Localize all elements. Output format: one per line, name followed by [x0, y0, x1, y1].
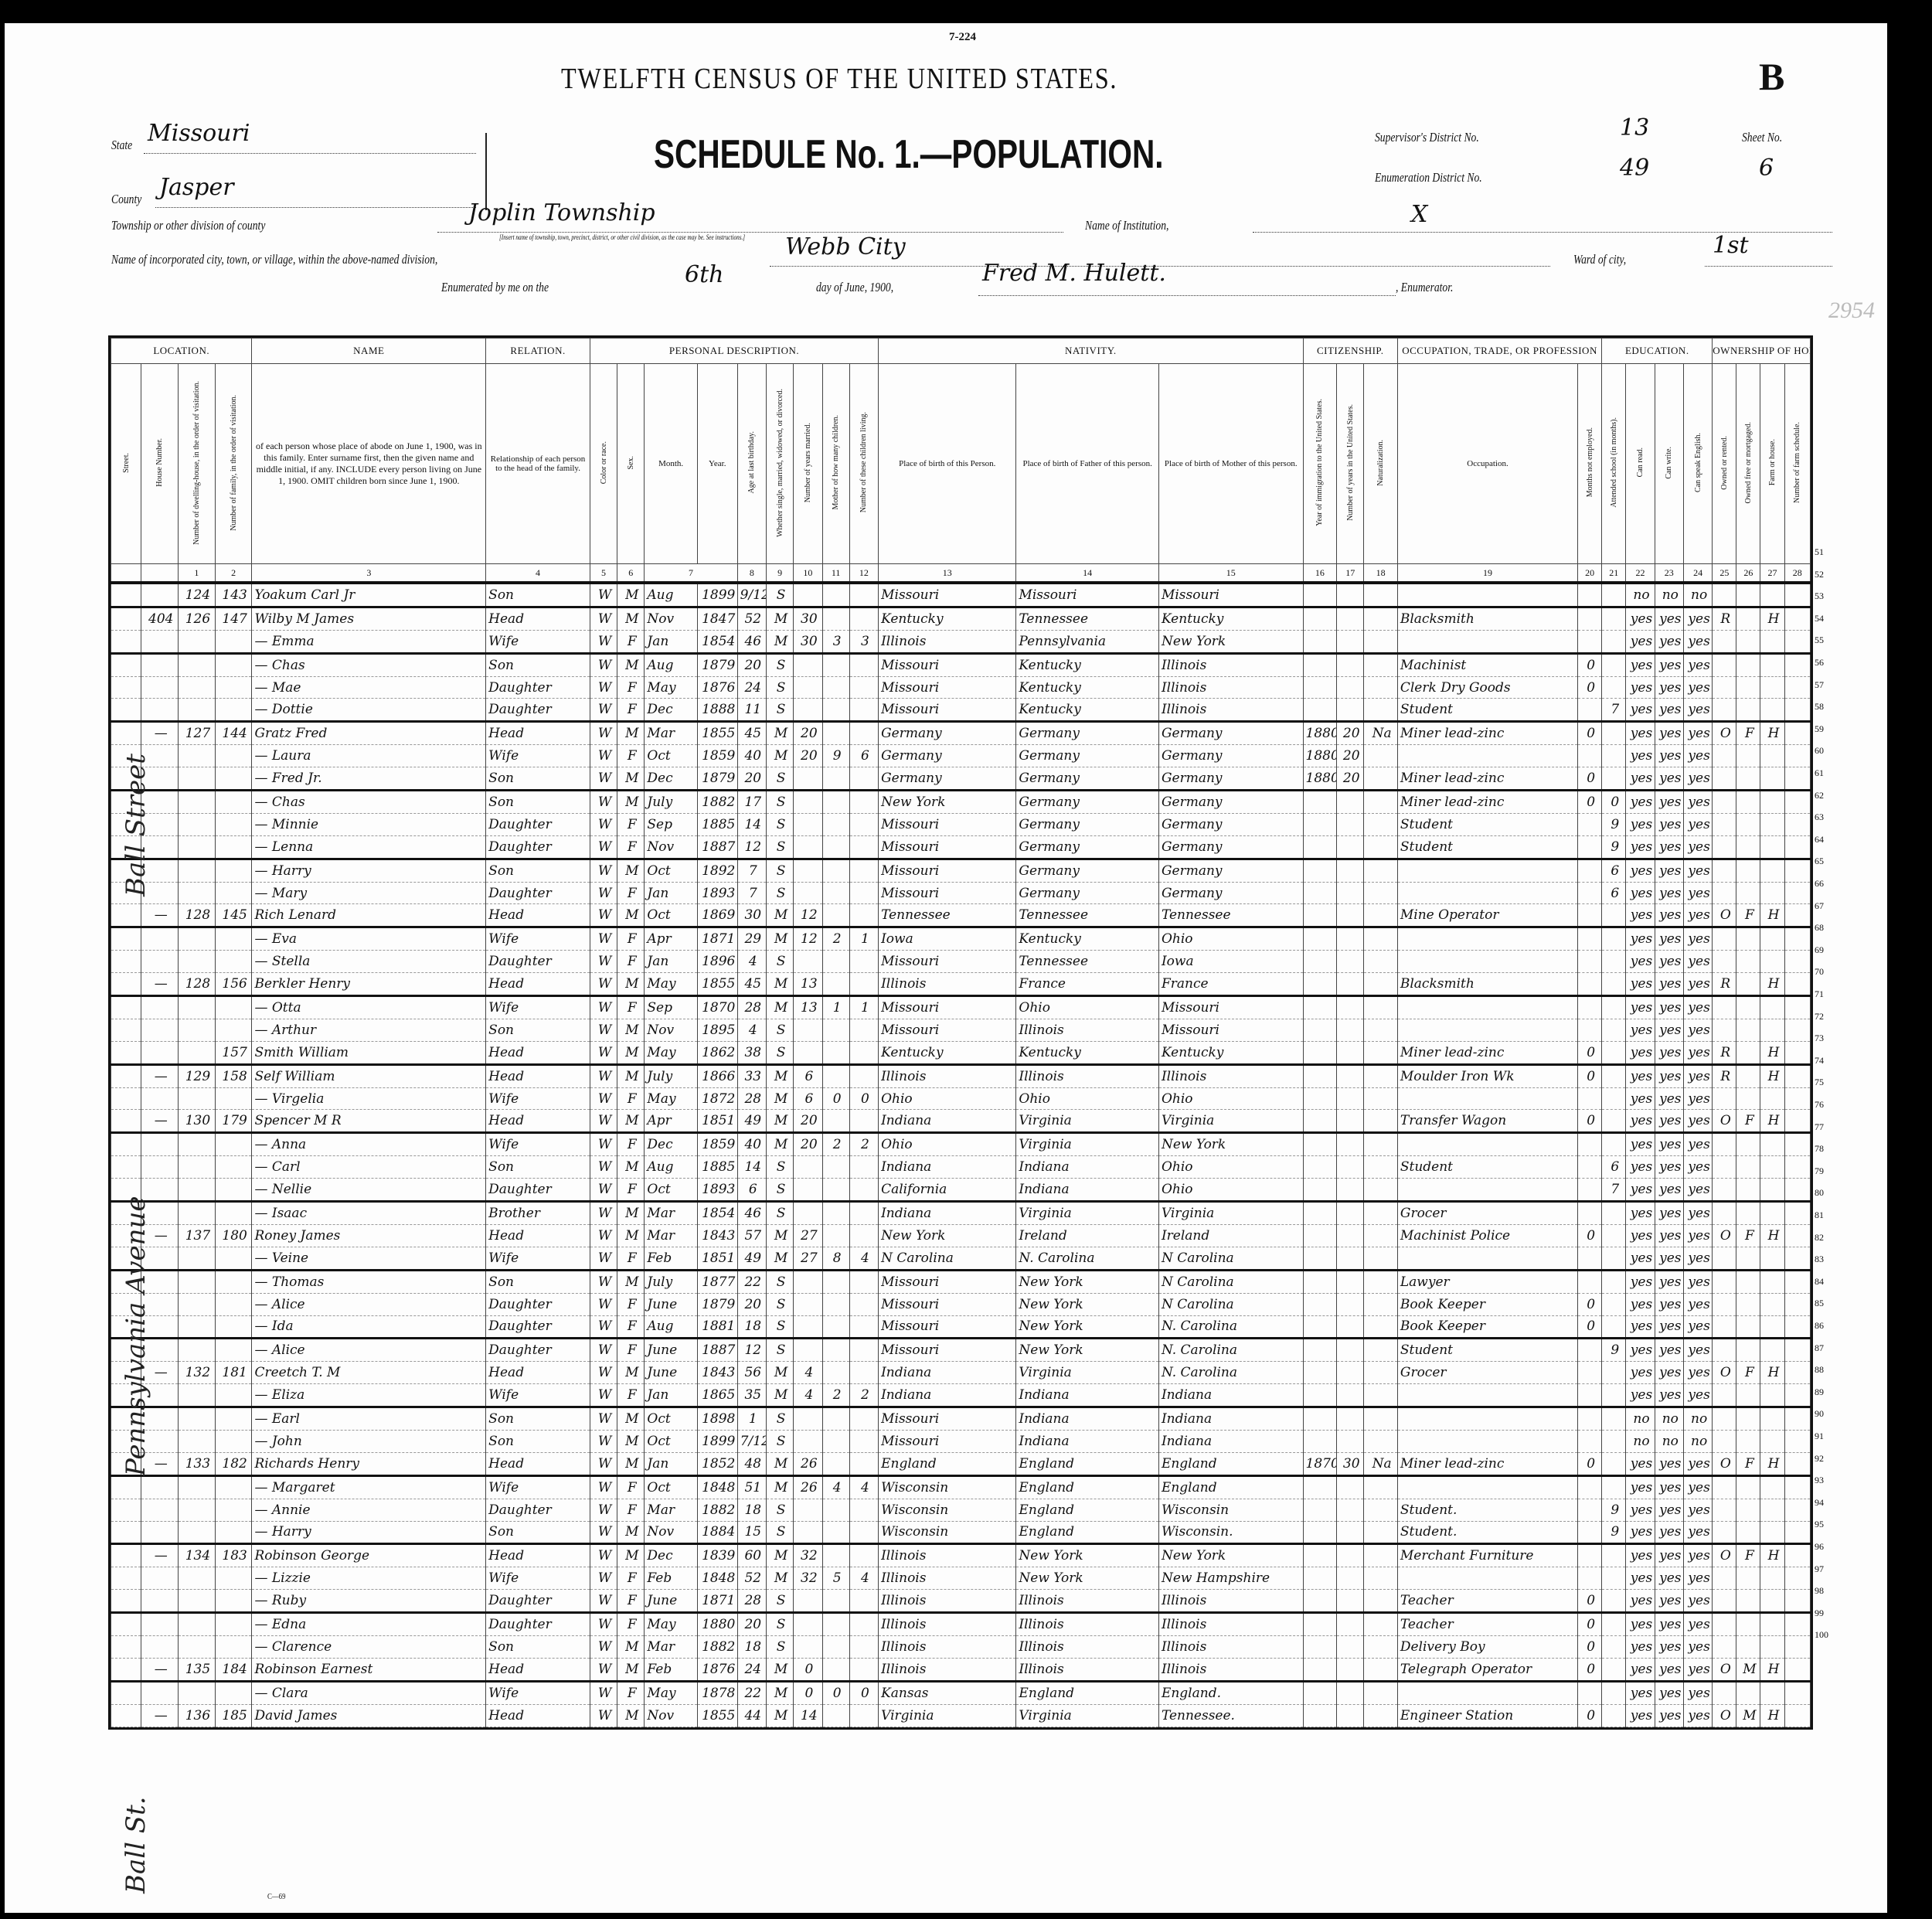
- line-number: 67: [1815, 900, 1824, 912]
- cell-months-unemp: [1578, 607, 1602, 630]
- cell-yrs-married: 30: [794, 607, 822, 630]
- cell-dwelling: [179, 1156, 216, 1179]
- cell-write: yes: [1655, 1087, 1683, 1110]
- cell-sched: [1784, 813, 1810, 835]
- cell-father-birth: Germany: [1016, 722, 1159, 745]
- cell-month: July: [645, 1270, 697, 1293]
- colnum: 9: [766, 564, 793, 584]
- cell-sex: F: [617, 1133, 645, 1156]
- cell-nat: [1364, 1499, 1398, 1521]
- table-row: — ChasSonWMAug187920SMissouriKentuckyIll…: [111, 653, 1811, 676]
- cell-color: W: [590, 1544, 617, 1567]
- line-number: 81: [1815, 1210, 1824, 1221]
- cell-mother-of: [822, 1293, 849, 1315]
- cell-marital: S: [766, 676, 793, 699]
- cell-name: Berkler Henry: [252, 973, 486, 996]
- cell-read: yes: [1626, 1544, 1655, 1567]
- cell-year: 1854: [697, 630, 737, 653]
- cell-months-unemp: [1578, 835, 1602, 859]
- cell-mother-birth: Illinois: [1158, 653, 1303, 676]
- cell-mother-birth: N Carolina: [1158, 1270, 1303, 1293]
- cell-month: Dec: [645, 1544, 697, 1567]
- cell-owned: [1713, 835, 1736, 859]
- cell-relation: Head: [486, 1224, 590, 1247]
- cell-owned: [1713, 1133, 1736, 1156]
- cell-father-birth: Illinois: [1016, 1019, 1159, 1041]
- cell-sex: F: [617, 1179, 645, 1202]
- cell-marital: S: [766, 1293, 793, 1315]
- cell-sex: M: [617, 1704, 645, 1727]
- cell-living: [849, 1658, 878, 1681]
- cell-occupation: [1397, 1133, 1577, 1156]
- cell-house: —: [141, 904, 179, 927]
- cell-color: W: [590, 1613, 617, 1636]
- cell-year: 1899: [697, 583, 737, 607]
- cell-months-unemp: [1578, 859, 1602, 882]
- cell-birth: Missouri: [879, 676, 1016, 699]
- cell-street: [111, 1087, 141, 1110]
- cell-name: — Dottie: [252, 699, 486, 722]
- cell-nat: [1364, 1590, 1398, 1613]
- cell-family: [215, 699, 252, 722]
- cell-school: [1602, 1452, 1626, 1475]
- cell-owned: [1713, 996, 1736, 1019]
- table-row: — DottieDaughterWFDec188811SMissouriKent…: [111, 699, 1811, 722]
- cell-read: yes: [1626, 1658, 1655, 1681]
- cell-relation: Son: [486, 1156, 590, 1179]
- cell-birth: Missouri: [879, 1293, 1016, 1315]
- cell-marital: S: [766, 767, 793, 791]
- cell-family: [215, 1179, 252, 1202]
- cell-living: 1: [849, 996, 878, 1019]
- cell-school: [1602, 1019, 1626, 1041]
- cell-free: [1736, 1133, 1760, 1156]
- cell-mother-of: 2: [822, 1133, 849, 1156]
- cell-dwelling: [179, 1430, 216, 1452]
- col-can-speak-english: Can speak English.: [1694, 433, 1702, 492]
- cell-relation: Daughter: [486, 882, 590, 904]
- cell-school: 9: [1602, 1339, 1626, 1362]
- cell-sched: [1784, 1681, 1810, 1704]
- cell-mother-of: [822, 699, 849, 722]
- cell-color: W: [590, 1247, 617, 1270]
- cell-read: yes: [1626, 1339, 1655, 1362]
- cell-free: [1736, 973, 1760, 996]
- cell-yrs-married: [794, 1613, 822, 1636]
- col-house-number: House Number.: [155, 438, 164, 487]
- cell-immig: [1303, 1521, 1337, 1544]
- cell-dwelling: 128: [179, 973, 216, 996]
- cell-farm: [1760, 1202, 1784, 1225]
- cell-birth: Tennessee: [879, 904, 1016, 927]
- township-value: Joplin Township: [468, 199, 655, 226]
- cell-dwelling: [179, 1202, 216, 1225]
- cell-english: yes: [1683, 882, 1712, 904]
- cell-relation: Wife: [486, 1681, 590, 1704]
- cell-father-birth: Kentucky: [1016, 699, 1159, 722]
- cell-farm: H: [1760, 1544, 1784, 1567]
- cell-relation: Head: [486, 1544, 590, 1567]
- cell-year: 1884: [697, 1521, 737, 1544]
- cell-family: [215, 1407, 252, 1431]
- cell-owned: [1713, 1407, 1736, 1431]
- line-number: 84: [1815, 1276, 1824, 1288]
- cell-age: 46: [737, 630, 766, 653]
- cell-sex: M: [617, 1635, 645, 1658]
- col-relation: Relationship of each person to the head …: [486, 364, 590, 564]
- ward-label: Ward of city,: [1573, 252, 1626, 267]
- cell-month: Oct: [645, 904, 697, 927]
- cell-father-birth: Kentucky: [1016, 1041, 1159, 1064]
- table-row: — MaryDaughterWFJan18937SMissouriGermany…: [111, 882, 1811, 904]
- cell-months-unemp: [1578, 951, 1602, 973]
- cell-house: [141, 1681, 179, 1704]
- line-number: 96: [1815, 1541, 1824, 1553]
- cell-year: 1893: [697, 1179, 737, 1202]
- cell-marital: M: [766, 1658, 793, 1681]
- cell-mother-of: [822, 1613, 849, 1636]
- cell-owned: [1713, 1567, 1736, 1590]
- table-row: 124143Yoakum Carl JrSonWMAug18999/12SMis…: [111, 583, 1811, 607]
- cell-birth: England: [879, 1452, 1016, 1475]
- cell-age: 28: [737, 1087, 766, 1110]
- cell-yrs-married: 4: [794, 1362, 822, 1384]
- cell-month: June: [645, 1339, 697, 1362]
- cell-months-unemp: 0: [1578, 1658, 1602, 1681]
- cell-dwelling: [179, 813, 216, 835]
- cell-color: W: [590, 1202, 617, 1225]
- enumerated-middle: day of June, 1900,: [816, 280, 893, 295]
- cell-occupation: [1397, 1430, 1577, 1452]
- cell-month: May: [645, 1087, 697, 1110]
- cell-month: Jan: [645, 882, 697, 904]
- cell-sched: [1784, 1133, 1810, 1156]
- group-name: NAME: [252, 339, 486, 364]
- cell-free: [1736, 813, 1760, 835]
- cell-house: [141, 676, 179, 699]
- cell-living: [849, 1315, 878, 1339]
- cell-living: [849, 1179, 878, 1202]
- cell-relation: Wife: [486, 1087, 590, 1110]
- cell-yrs-married: [794, 1041, 822, 1064]
- cell-read: yes: [1626, 1087, 1655, 1110]
- cell-house: [141, 1613, 179, 1636]
- pencil-mark: 2954: [1828, 298, 1875, 324]
- cell-english: yes: [1683, 1452, 1712, 1475]
- cell-marital: M: [766, 745, 793, 767]
- cell-name: — Harry: [252, 859, 486, 882]
- cell-farm: H: [1760, 722, 1784, 745]
- cell-english: yes: [1683, 1613, 1712, 1636]
- line-number: 61: [1815, 767, 1824, 779]
- cell-read: yes: [1626, 1270, 1655, 1293]
- cell-read: yes: [1626, 1110, 1655, 1133]
- cell-farm: H: [1760, 607, 1784, 630]
- cell-years-us: [1337, 1315, 1364, 1339]
- cell-dwelling: [179, 1384, 216, 1407]
- cell-farm: [1760, 1179, 1784, 1202]
- cell-mother-birth: Germany: [1158, 835, 1303, 859]
- cell-relation: Daughter: [486, 1590, 590, 1613]
- cell-owned: [1713, 1475, 1736, 1499]
- cell-english: yes: [1683, 1270, 1712, 1293]
- cell-dwelling: [179, 996, 216, 1019]
- cell-living: 2: [849, 1384, 878, 1407]
- cell-owned: [1713, 1384, 1736, 1407]
- cell-months-unemp: [1578, 1019, 1602, 1041]
- cell-year: 1887: [697, 835, 737, 859]
- cell-age: 20: [737, 1293, 766, 1315]
- cell-months-unemp: [1578, 1407, 1602, 1431]
- cell-relation: Head: [486, 1658, 590, 1681]
- cell-mother-of: [822, 1202, 849, 1225]
- cell-sched: [1784, 882, 1810, 904]
- cell-sex: M: [617, 1362, 645, 1384]
- cell-family: [215, 1499, 252, 1521]
- cell-immig: [1303, 1384, 1337, 1407]
- cell-name: — Eliza: [252, 1384, 486, 1407]
- line-number: 71: [1815, 988, 1824, 1000]
- cell-marital: S: [766, 1407, 793, 1431]
- cell-sex: M: [617, 767, 645, 791]
- cell-nat: [1364, 996, 1398, 1019]
- cell-yrs-married: [794, 1315, 822, 1339]
- table-row: — LennaDaughterWFNov188712SMissouriGerma…: [111, 835, 1811, 859]
- cell-street: [111, 630, 141, 653]
- cell-write: yes: [1655, 1452, 1683, 1475]
- cell-yrs-married: 13: [794, 973, 822, 996]
- cell-mother-of: [822, 1179, 849, 1202]
- cell-color: W: [590, 1293, 617, 1315]
- cell-yrs-married: 13: [794, 996, 822, 1019]
- cell-nat: [1364, 1247, 1398, 1270]
- cell-school: [1602, 1704, 1626, 1727]
- cell-owned: [1713, 1156, 1736, 1179]
- cell-dwelling: 136: [179, 1704, 216, 1727]
- cell-immig: 1880: [1303, 767, 1337, 791]
- cell-marital: M: [766, 722, 793, 745]
- cell-nat: [1364, 1521, 1398, 1544]
- cell-mother-of: 5: [822, 1567, 849, 1590]
- cell-free: [1736, 1179, 1760, 1202]
- cell-year: 1859: [697, 745, 737, 767]
- cell-mother-birth: Illinois: [1158, 1590, 1303, 1613]
- cell-free: [1736, 583, 1760, 607]
- cell-sex: M: [617, 1110, 645, 1133]
- cell-school: [1602, 1315, 1626, 1339]
- cell-immig: [1303, 1658, 1337, 1681]
- colnum: 26: [1736, 564, 1760, 584]
- cell-month: Mar: [645, 1224, 697, 1247]
- group-occupation: OCCUPATION, TRADE, OR PROFESSION: [1397, 339, 1601, 364]
- cell-color: W: [590, 1019, 617, 1041]
- cell-sched: [1784, 1087, 1810, 1110]
- cell-year: 1882: [697, 791, 737, 814]
- cell-sched: [1784, 1544, 1810, 1567]
- cell-father-birth: England: [1016, 1681, 1159, 1704]
- cell-immig: [1303, 1270, 1337, 1293]
- cell-name: David James: [252, 1704, 486, 1727]
- county-value: Jasper: [159, 174, 234, 201]
- cell-years-us: [1337, 1270, 1364, 1293]
- line-number: 62: [1815, 790, 1824, 801]
- cell-immig: [1303, 1704, 1337, 1727]
- cell-mother-of: [822, 1339, 849, 1362]
- cell-occupation: [1397, 630, 1577, 653]
- cell-english: yes: [1683, 1339, 1712, 1362]
- cell-yrs-married: 0: [794, 1681, 822, 1704]
- cell-marital: S: [766, 859, 793, 882]
- cell-marital: M: [766, 1247, 793, 1270]
- cell-nat: [1364, 1315, 1398, 1339]
- cell-english: yes: [1683, 1658, 1712, 1681]
- cell-yrs-married: [794, 859, 822, 882]
- cell-dwelling: [179, 745, 216, 767]
- line-number: 63: [1815, 811, 1824, 823]
- cell-nat: [1364, 1567, 1398, 1590]
- cell-living: [849, 767, 878, 791]
- cell-owned: [1713, 745, 1736, 767]
- colnum: 27: [1760, 564, 1784, 584]
- cell-color: W: [590, 1499, 617, 1521]
- cell-occupation: [1397, 996, 1577, 1019]
- line-number: 91: [1815, 1431, 1824, 1442]
- cell-sex: F: [617, 676, 645, 699]
- cell-english: yes: [1683, 1544, 1712, 1567]
- cell-living: 3: [849, 630, 878, 653]
- cell-mother-birth: New York: [1158, 1133, 1303, 1156]
- cell-family: [215, 745, 252, 767]
- cell-occupation: [1397, 1247, 1577, 1270]
- cell-month: Oct: [645, 1475, 697, 1499]
- cell-school: 6: [1602, 859, 1626, 882]
- cell-dwelling: [179, 1247, 216, 1270]
- cell-year: 1871: [697, 1590, 737, 1613]
- colnum: 28: [1784, 564, 1810, 584]
- cell-age: 14: [737, 1156, 766, 1179]
- cell-house: —: [141, 1704, 179, 1727]
- cell-read: yes: [1626, 1362, 1655, 1384]
- cell-family: 145: [215, 904, 252, 927]
- cell-years-us: [1337, 1339, 1364, 1362]
- cell-sex: F: [617, 699, 645, 722]
- cell-mother-birth: England: [1158, 1475, 1303, 1499]
- cell-house: [141, 1133, 179, 1156]
- colnum: 24: [1683, 564, 1712, 584]
- cell-yrs-married: 6: [794, 1087, 822, 1110]
- cell-months-unemp: [1578, 1247, 1602, 1270]
- census-title: TWELFTH CENSUS OF THE UNITED STATES.: [561, 62, 1117, 96]
- cell-family: 180: [215, 1224, 252, 1247]
- cell-house: —: [141, 1658, 179, 1681]
- cell-nat: [1364, 882, 1398, 904]
- cell-year: 1893: [697, 882, 737, 904]
- cell-dwelling: [179, 1567, 216, 1590]
- cell-write: yes: [1655, 791, 1683, 814]
- table-row: — EarlSonWMOct18981SMissouriIndianaIndia…: [111, 1407, 1811, 1431]
- cell-family: [215, 1635, 252, 1658]
- cell-name: — Arthur: [252, 1019, 486, 1041]
- cell-marital: S: [766, 1041, 793, 1064]
- cell-color: W: [590, 1452, 617, 1475]
- cell-immig: [1303, 951, 1337, 973]
- cell-english: no: [1683, 583, 1712, 607]
- cell-father-birth: Illinois: [1016, 1635, 1159, 1658]
- cell-sched: [1784, 1658, 1810, 1681]
- cell-school: [1602, 607, 1626, 630]
- cell-marital: M: [766, 630, 793, 653]
- cell-months-unemp: [1578, 583, 1602, 607]
- cell-owned: [1713, 1019, 1736, 1041]
- cell-school: 0: [1602, 791, 1626, 814]
- cell-father-birth: England: [1016, 1499, 1159, 1521]
- group-relation: RELATION.: [486, 339, 590, 364]
- cell-read: yes: [1626, 1521, 1655, 1544]
- cell-months-unemp: 0: [1578, 1315, 1602, 1339]
- cell-relation: Head: [486, 1452, 590, 1475]
- cell-father-birth: Tennessee: [1016, 904, 1159, 927]
- cell-month: Nov: [645, 607, 697, 630]
- cell-living: 1: [849, 927, 878, 951]
- cell-immig: [1303, 1156, 1337, 1179]
- cell-year: 1855: [697, 722, 737, 745]
- table-row: — IdaDaughterWFAug188118SMissouriNew Yor…: [111, 1315, 1811, 1339]
- cell-sex: F: [617, 1247, 645, 1270]
- cell-marital: S: [766, 835, 793, 859]
- cell-family: [215, 1567, 252, 1590]
- cell-sched: [1784, 791, 1810, 814]
- cell-marital: S: [766, 1521, 793, 1544]
- cell-sex: M: [617, 904, 645, 927]
- cell-nat: [1364, 1658, 1398, 1681]
- cell-write: no: [1655, 1430, 1683, 1452]
- col-birth-month: Month.: [645, 364, 697, 564]
- cell-relation: Head: [486, 1041, 590, 1064]
- cell-month: Aug: [645, 583, 697, 607]
- table-row: —136185David JamesHeadWMNov185544M14Virg…: [111, 1704, 1811, 1727]
- cell-color: W: [590, 1407, 617, 1431]
- cell-immig: [1303, 996, 1337, 1019]
- line-number: 55: [1815, 635, 1824, 646]
- cell-mother-birth: Wisconsin: [1158, 1499, 1303, 1521]
- cell-occupation: [1397, 1475, 1577, 1499]
- group-ownership: OWNERSHIP OF HOME.: [1713, 339, 1811, 364]
- cell-school: [1602, 1681, 1626, 1704]
- cell-yrs-married: 20: [794, 722, 822, 745]
- cell-father-birth: Germany: [1016, 835, 1159, 859]
- cell-occupation: [1397, 1179, 1577, 1202]
- cell-father-birth: Virginia: [1016, 1110, 1159, 1133]
- cell-years-us: [1337, 1567, 1364, 1590]
- cell-school: [1602, 1635, 1626, 1658]
- cell-free: [1736, 1202, 1760, 1225]
- cell-living: [849, 1362, 878, 1384]
- cell-age: 15: [737, 1521, 766, 1544]
- cell-marital: M: [766, 1362, 793, 1384]
- cell-immig: [1303, 1635, 1337, 1658]
- cell-immig: [1303, 583, 1337, 607]
- cell-color: W: [590, 1133, 617, 1156]
- cell-nat: [1364, 1064, 1398, 1087]
- cell-month: May: [645, 973, 697, 996]
- cell-sex: F: [617, 1339, 645, 1362]
- cell-living: [849, 653, 878, 676]
- cell-nat: [1364, 1613, 1398, 1636]
- cell-english: yes: [1683, 1681, 1712, 1704]
- cell-age: 18: [737, 1635, 766, 1658]
- cell-read: yes: [1626, 1019, 1655, 1041]
- cell-sex: F: [617, 630, 645, 653]
